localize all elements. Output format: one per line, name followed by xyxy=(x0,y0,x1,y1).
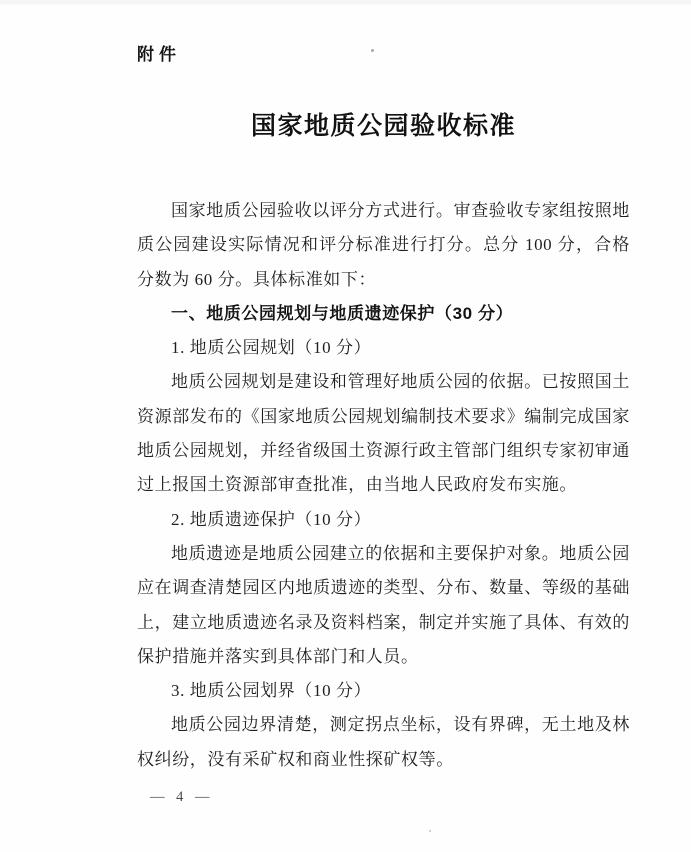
document-page: 附件 国家地质公园验收标准 国家地质公园验收以评分方式进行。审查验收专家组按照地… xyxy=(0,0,691,852)
item-3-body: 地质公园边界清楚，测定拐点坐标，设有界碑，无土地及林权纠纷，没有采矿权和商业性探… xyxy=(137,708,630,777)
document-body: 国家地质公园验收以评分方式进行。审查验收专家组按照地质公园建设实际情况和评分标准… xyxy=(137,194,630,777)
item-1-body: 地质公园规划是建设和管理好地质公园的依据。已按照国土资源部发布的《国家地质公园规… xyxy=(137,365,630,502)
item-1-heading: 1. 地质公园规划（10 分） xyxy=(137,331,630,365)
scan-edge-artifact xyxy=(0,0,691,5)
item-3-heading: 3. 地质公园划界（10 分） xyxy=(137,674,630,708)
scan-speck xyxy=(371,49,374,52)
document-content: 附件 国家地质公园验收标准 国家地质公园验收以评分方式进行。审查验收专家组按照地… xyxy=(137,45,630,777)
document-title: 国家地质公园验收标准 xyxy=(137,112,630,142)
section-1-heading: 一、地质公园规划与地质遗迹保护（30 分） xyxy=(137,297,630,331)
item-2-body: 地质遗迹是地质公园建立的依据和主要保护对象。地质公园应在调查清楚园区内地质遗迹的… xyxy=(137,537,630,674)
attachment-label: 附件 xyxy=(137,45,630,65)
intro-paragraph: 国家地质公园验收以评分方式进行。审查验收专家组按照地质公园建设实际情况和评分标准… xyxy=(137,194,630,297)
scan-speck xyxy=(429,830,431,832)
page-number: — 4 — xyxy=(150,788,214,806)
item-2-heading: 2. 地质遗迹保护（10 分） xyxy=(137,503,630,537)
